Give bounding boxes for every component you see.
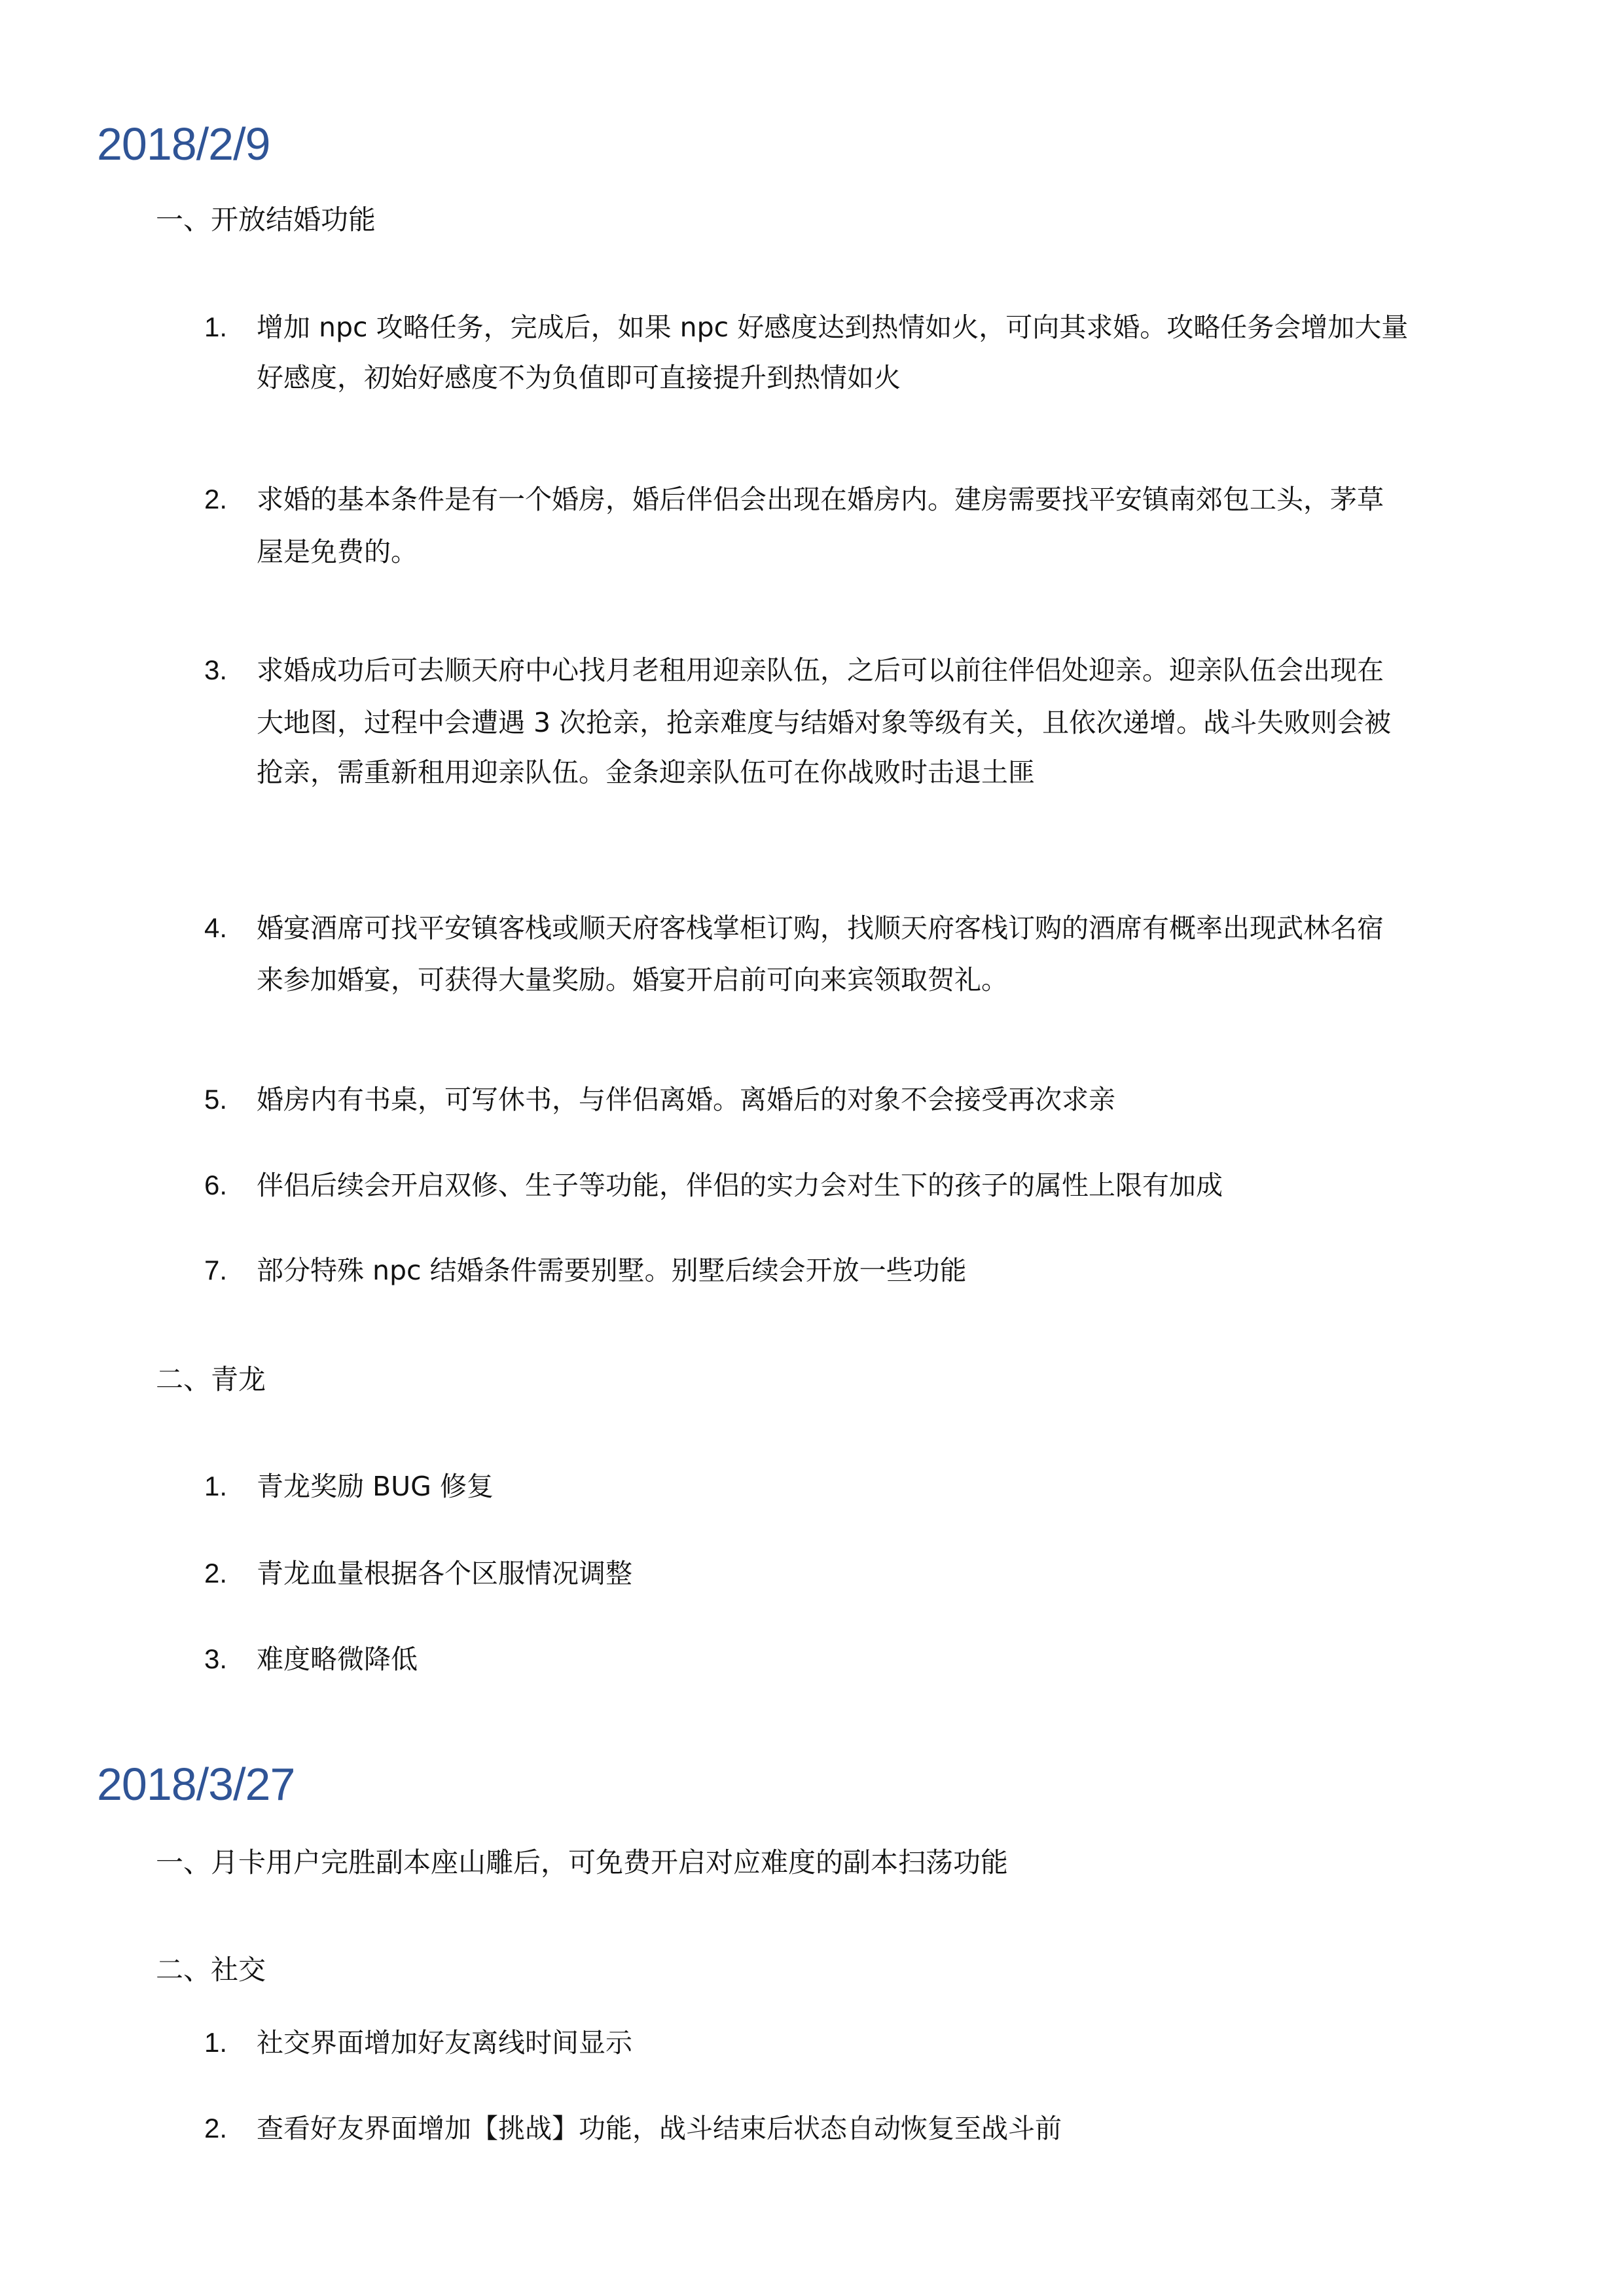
list-text-line: 婚房内有书桌，可写休书，与伴侣离婚。离婚后的对象不会接受再次求亲	[257, 1081, 1115, 1118]
list-text-line: 增加 npc 攻略任务，完成后，如果 npc 好感度达到热情如火，可向其求婚。攻…	[257, 309, 1408, 346]
list-number: 2.	[204, 481, 227, 518]
list-number: 4.	[204, 910, 227, 946]
list-text-line: 大地图，过程中会遭遇 3 次抢亲，抢亲难度与结婚对象等级有关，且依次递增。战斗失…	[257, 704, 1391, 741]
list-number: 1.	[204, 309, 227, 346]
list-number: 6.	[204, 1167, 227, 1204]
list-number: 1.	[204, 1468, 227, 1505]
list-text-line: 抢亲，需重新租用迎亲队伍。金条迎亲队伍可在你战败时击退土匪	[257, 754, 1035, 791]
list-text-line: 伴侣后续会开启双修、生子等功能，伴侣的实力会对生下的孩子的属性上限有加成	[257, 1167, 1223, 1204]
date-heading: 2018/2/9	[97, 118, 270, 170]
list-number: 2.	[204, 2110, 227, 2147]
list-text-line: 婚宴酒席可找平安镇客栈或顺天府客栈掌柜订购，找顺天府客栈订购的酒席有概率出现武林…	[257, 910, 1384, 946]
list-number: 3.	[204, 1641, 227, 1677]
section-heading: 二、社交	[156, 1952, 266, 1988]
list-text-line: 好感度，初始好感度不为负值即可直接提升到热情如火	[257, 359, 901, 396]
list-number: 7.	[204, 1252, 227, 1289]
section-heading: 一、月卡用户完胜副本座山雕后，可免费开启对应难度的副本扫荡功能	[156, 1844, 1008, 1881]
section-heading: 一、开放结婚功能	[156, 202, 376, 238]
list-text-line: 屋是免费的。	[257, 533, 418, 570]
list-text-line: 查看好友界面增加【挑战】功能，战斗结束后状态自动恢复至战斗前	[257, 2110, 1062, 2147]
list-text-line: 社交界面增加好友离线时间显示	[257, 2024, 632, 2061]
list-text-line: 难度略微降低	[257, 1641, 418, 1677]
date-heading: 2018/3/27	[97, 1758, 295, 1810]
list-text-line: 青龙血量根据各个区服情况调整	[257, 1555, 632, 1592]
list-text-line: 求婚成功后可去顺天府中心找月老租用迎亲队伍，之后可以前往伴侣处迎亲。迎亲队伍会出…	[257, 652, 1384, 689]
list-number: 5.	[204, 1081, 227, 1118]
list-text-line: 求婚的基本条件是有一个婚房，婚后伴侣会出现在婚房内。建房需要找平安镇南郊包工头，…	[257, 481, 1384, 518]
list-text-line: 青龙奖励 BUG 修复	[257, 1468, 494, 1505]
list-number: 1.	[204, 2024, 227, 2061]
document-page: 2018/2/9 一、开放结婚功能 1. 增加 npc 攻略任务，完成后，如果 …	[0, 0, 1624, 2296]
section-heading: 二、青龙	[156, 1361, 266, 1398]
list-text-line: 部分特殊 npc 结婚条件需要别墅。别墅后续会开放一些功能	[257, 1252, 967, 1289]
list-number: 2.	[204, 1555, 227, 1592]
list-number: 3.	[204, 652, 227, 689]
list-text-line: 来参加婚宴，可获得大量奖励。婚宴开启前可向来宾领取贺礼。	[257, 961, 1008, 998]
